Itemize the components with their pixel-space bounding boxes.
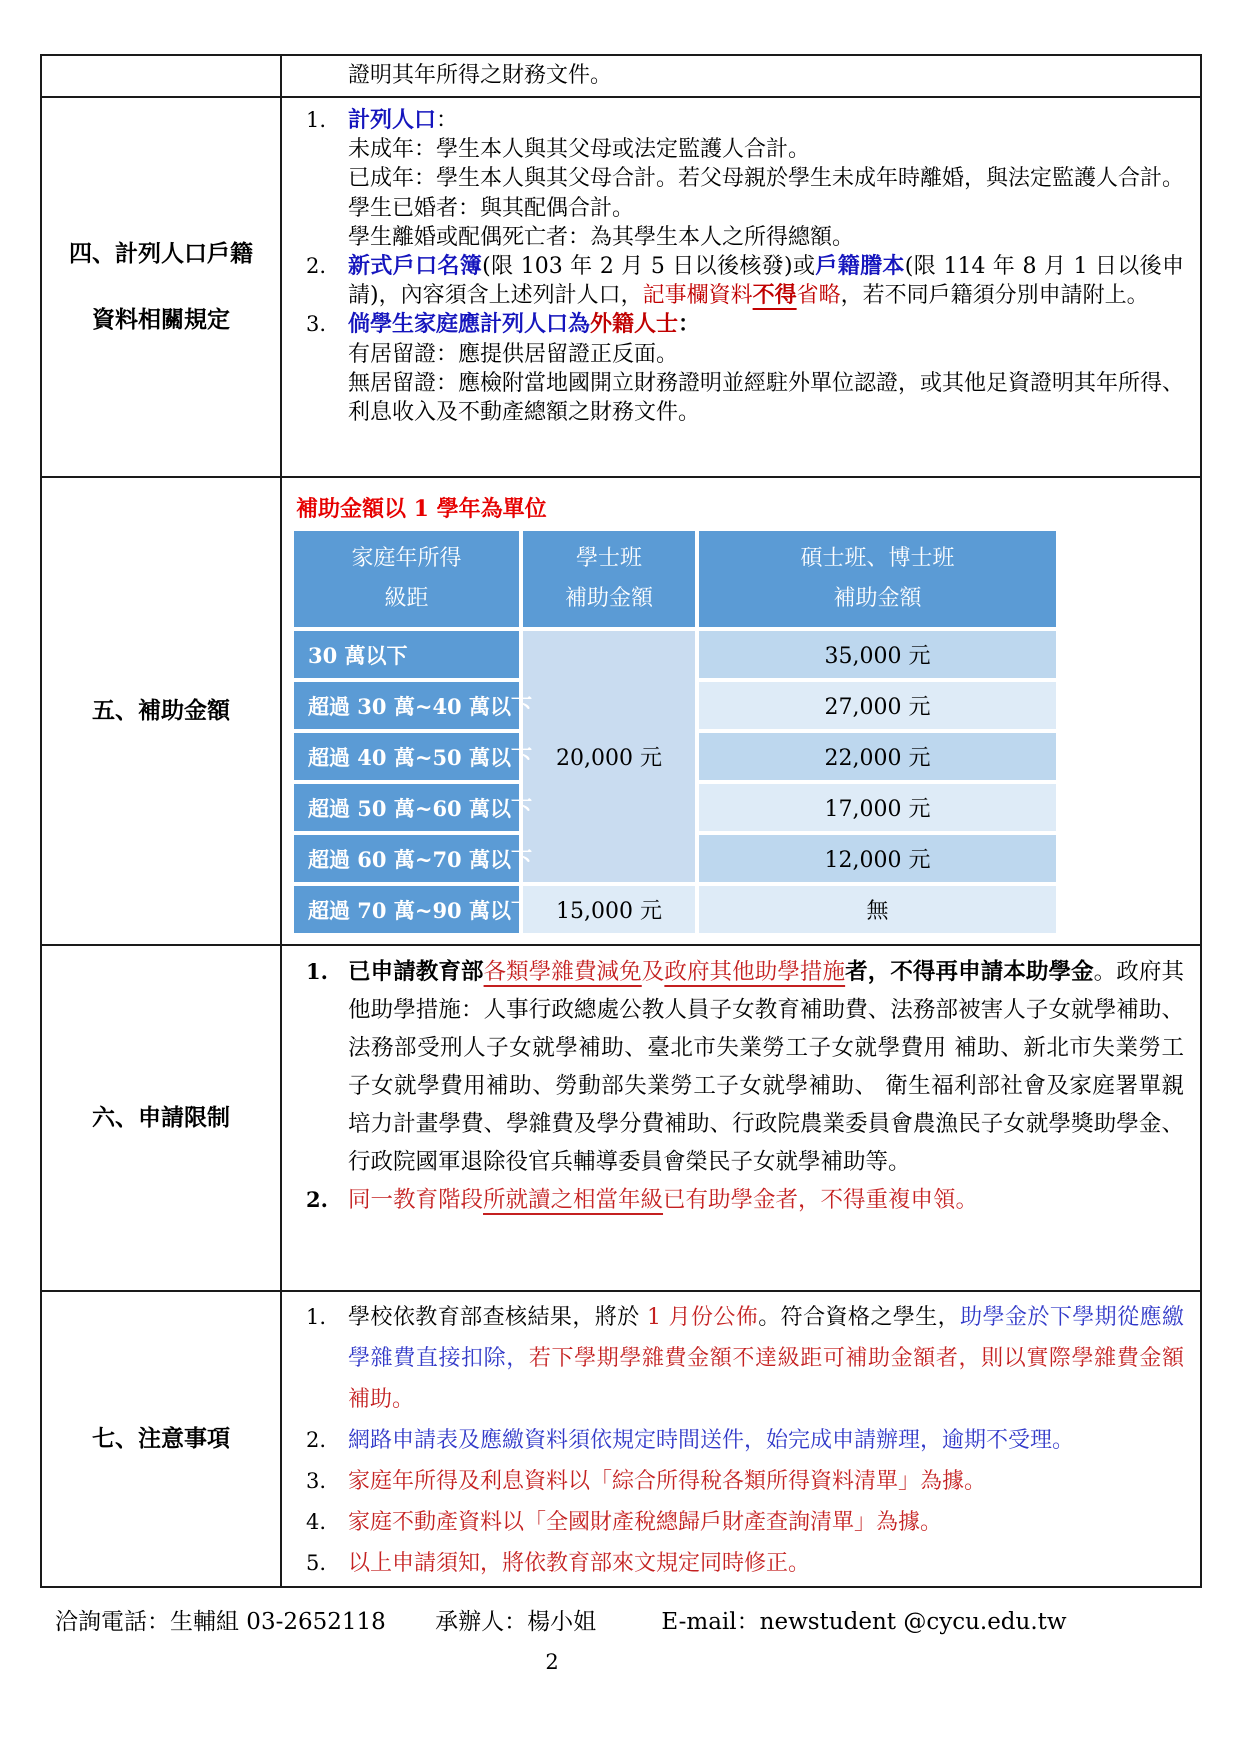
term-gov-aid-measures: 政府其他助學措施 bbox=[664, 959, 845, 985]
restriction-lead: 已申請教育部 bbox=[348, 959, 484, 985]
grad-amount-cell: 12,000 元 bbox=[699, 835, 1056, 882]
section7-label: 七、注意事項 bbox=[42, 1292, 282, 1586]
table-row-section4: 四、計列人口戶籍 資料相關規定 1. 計列人口： 未成年：學生本人與其父母或法定… bbox=[42, 96, 1200, 476]
section4-item1-title: 1. 計列人口： bbox=[302, 106, 1184, 135]
section5-label-line: 五、補助金額 bbox=[92, 696, 230, 726]
header-bachelor: 學士班 補助金額 bbox=[523, 531, 695, 627]
item-number: 3. bbox=[306, 310, 326, 339]
header-text: 級距 bbox=[384, 587, 428, 611]
bracket-cell: 30 萬以下 bbox=[294, 631, 519, 678]
grad-amount-cell: 22,000 元 bbox=[699, 733, 1056, 780]
term-tuition-waivers: 各類學雜費減免 bbox=[484, 959, 642, 985]
amendment-note: 以上申請須知，將依教育部來文規定同時修正。 bbox=[348, 1551, 810, 1576]
grad-amount-cell: 無 bbox=[699, 886, 1056, 933]
colon: ： bbox=[436, 108, 458, 133]
item-number: 1. bbox=[306, 953, 328, 991]
restriction-consequence: 者，不得再申請本助學金 bbox=[845, 959, 1094, 985]
announce-month: 1 月份公佈 bbox=[647, 1305, 758, 1330]
header-graduate: 碩士班、博士班 補助金額 bbox=[699, 531, 1056, 627]
grant-amount-table: 家庭年所得 級距 學士班 補助金額 碩士班、博士班 補助金額 30 萬以下 20… bbox=[294, 531, 1184, 933]
bachelor-amount-cell: 15,000 元 bbox=[523, 886, 695, 933]
section7-item5: 5. 以上申請須知，將依教育部來文規定同時修正。 bbox=[302, 1543, 1184, 1584]
grant-unit-note: 補助金額以 1 學年為單位 bbox=[296, 492, 1184, 523]
header-text: 家庭年所得 bbox=[351, 547, 461, 571]
item-number: 1. bbox=[306, 106, 326, 135]
table-row-section7: 七、注意事項 1. 學校依教育部查核結果，將於 1 月份公佈。符合資格之學生，助… bbox=[42, 1290, 1200, 1586]
term-foreign-national: 外籍人士 bbox=[590, 311, 678, 337]
carryover-text: 證明其年所得之財務文件。 bbox=[302, 61, 1184, 91]
bracket-cell: 超過 50 萬~60 萬以下 bbox=[294, 784, 519, 831]
duplicate-claim-rule: 已有助學金者，不得重複申領。 bbox=[663, 1187, 978, 1213]
bachelor-merged-cell: 20,000 元 bbox=[523, 631, 695, 882]
section4-item1-minor-rule: 未成年：學生本人與其父母或法定監護人合計。 bbox=[302, 135, 1184, 164]
section4-item1-adult-rule: 已成年：學生本人與其父母合計。若父母親於學生未成年時離婚，與法定監護人合計。 bbox=[302, 164, 1184, 193]
carryover-cell: 證明其年所得之財務文件。 bbox=[282, 56, 1200, 96]
contact-person: 承辦人：楊小姐 bbox=[435, 1609, 596, 1635]
section6-item2: 2. 同一教育階段所就讀之相當年級已有助學金者，不得重複申領。 bbox=[302, 1181, 1184, 1219]
header-text: 碩士班、博士班 bbox=[800, 547, 954, 571]
item-number: 3. bbox=[306, 1461, 326, 1502]
bracket-cell: 超過 40 萬~50 萬以下 bbox=[294, 733, 519, 780]
gov-aid-list: 。政府其他助學措施：人事行政總處公教人員子女教育補助費、法務部被害人子女就學補助… bbox=[348, 959, 1184, 1175]
text-run: ，若不同戶籍須分別申請附上。 bbox=[841, 283, 1149, 308]
document-page: 證明其年所得之財務文件。 四、計列人口戶籍 資料相關規定 1. 計列人口： 未成… bbox=[0, 0, 1241, 1755]
header-income-bracket: 家庭年所得 級距 bbox=[294, 531, 519, 627]
announce-lead: 學校依教育部查核結果，將於 bbox=[348, 1305, 647, 1330]
term-family-counted: 倘學生家庭應計列人口為 bbox=[348, 311, 590, 337]
section5-label: 五、補助金額 bbox=[42, 478, 282, 944]
section7-item2: 2. 網路申請表及應繳資料須依規定時間送件，始完成申請辦理，逾期不受理。 bbox=[302, 1420, 1184, 1461]
header-text: 學士班 bbox=[576, 547, 642, 571]
item-number: 2. bbox=[306, 1181, 328, 1219]
section6-content: 1. 已申請教育部各類學雜費減免及政府其他助學措施者，不得再申請本助學金。政府其… bbox=[282, 946, 1200, 1290]
contact-footer: 洽詢電話：生輔組 03-2652118 承辦人：楊小姐 E-mail：newst… bbox=[55, 1603, 1067, 1636]
section4-label-line2: 資料相關規定 bbox=[92, 305, 230, 335]
table-row-section6: 六、申請限制 1. 已申請教育部各類學雜費減免及政府其他助學措施者，不得再申請本… bbox=[42, 944, 1200, 1290]
section4-item3-with-arc: 有居留證：應提供居留證正反面。 bbox=[302, 340, 1184, 369]
section4-content: 1. 計列人口： 未成年：學生本人與其父母或法定監護人合計。 已成年：學生本人與… bbox=[282, 98, 1200, 476]
rules-table: 證明其年所得之財務文件。 四、計列人口戶籍 資料相關規定 1. 計列人口： 未成… bbox=[40, 54, 1202, 1588]
grad-amount-cell: 27,000 元 bbox=[699, 682, 1056, 729]
colon: ： bbox=[678, 311, 700, 337]
online-application-rule: 網路申請表及應繳資料須依規定時間送件，始完成申請辦理，逾期不受理。 bbox=[348, 1428, 1074, 1453]
grad-amount-cell: 35,000 元 bbox=[699, 631, 1056, 678]
section7-label-line: 七、注意事項 bbox=[92, 1424, 230, 1454]
section4-item3-title: 3. 倘學生家庭應計列人口為外籍人士： bbox=[302, 310, 1184, 339]
warning-notes-column: 記事欄資料 bbox=[643, 283, 753, 308]
section6-label: 六、申請限制 bbox=[42, 946, 282, 1290]
table-row-carryover: 證明其年所得之財務文件。 bbox=[42, 56, 1200, 96]
section6-item1: 1. 已申請教育部各類學雜費減免及政府其他助學措施者，不得再申請本助學金。政府其… bbox=[302, 953, 1184, 1181]
page-number: 2 bbox=[0, 1650, 1104, 1674]
duplicate-claim-lead: 同一教育階段 bbox=[348, 1187, 483, 1213]
item-number: 2. bbox=[306, 252, 326, 281]
section4-item1-divorced-rule: 學生離婚或配偶死亡者：為其學生本人之所得總額。 bbox=[302, 223, 1184, 252]
bracket-cell: 超過 70 萬~90 萬以下 bbox=[294, 886, 519, 933]
section7-item3: 3. 家庭年所得及利息資料以「綜合所得稅各類所得資料清單」為據。 bbox=[302, 1461, 1184, 1502]
header-text: 補助金額 bbox=[565, 587, 653, 611]
section7-content: 1. 學校依教育部查核結果，將於 1 月份公佈。符合資格之學生，助學金於下學期從… bbox=[282, 1292, 1200, 1586]
row-label-empty bbox=[42, 56, 282, 96]
header-text: 補助金額 bbox=[833, 587, 921, 611]
section4-item2: 2. 新式戶口名簿(限 103 年 2 月 5 日以後核發)或戶籍謄本(限 11… bbox=[302, 252, 1184, 310]
duplicate-claim-grade: 所就讀之相當年級 bbox=[483, 1187, 663, 1213]
section7-item1: 1. 學校依教育部查核結果，將於 1 月份公佈。符合資格之學生，助學金於下學期從… bbox=[302, 1297, 1184, 1420]
section6-label-line: 六、申請限制 bbox=[92, 1103, 230, 1133]
income-data-source: 家庭年所得及利息資料以「綜合所得稅各類所得資料清單」為據。 bbox=[348, 1469, 986, 1494]
bracket-cell: 超過 30 萬~40 萬以下 bbox=[294, 682, 519, 729]
section4-item3-without-arc: 無居留證：應檢附當地國開立財務證明並經駐外單位認證，或其他足資證明其年所得、利息… bbox=[302, 369, 1184, 427]
term-household-transcript: 戶籍謄本 bbox=[815, 253, 904, 279]
section7-item4: 4. 家庭不動產資料以「全國財產稅總歸戶財產查詢清單」為據。 bbox=[302, 1502, 1184, 1543]
term-counted-persons: 計列人口 bbox=[348, 107, 436, 133]
text-run: (限 103 年 2 月 5 日以後核發)或 bbox=[482, 254, 815, 279]
item-number: 2. bbox=[306, 1420, 326, 1461]
item-number: 1. bbox=[306, 1297, 326, 1338]
item-number: 5. bbox=[306, 1543, 326, 1584]
grad-amount-cell: 17,000 元 bbox=[699, 784, 1056, 831]
table-row-section5: 五、補助金額 補助金額以 1 學年為單位 家庭年所得 級距 學士班 補助金額 碩… bbox=[42, 476, 1200, 944]
bracket-cell: 超過 60 萬~70 萬以下 bbox=[294, 835, 519, 882]
section5-content: 補助金額以 1 學年為單位 家庭年所得 級距 學士班 補助金額 碩士班、博士班 … bbox=[282, 478, 1200, 944]
warning-must-not: 不得 bbox=[753, 282, 797, 308]
property-data-source: 家庭不動產資料以「全國財產稅總歸戶財產查詢清單」為據。 bbox=[348, 1510, 942, 1535]
section4-item1-married-rule: 學生已婚者：與其配偶合計。 bbox=[302, 194, 1184, 223]
section4-label: 四、計列人口戶籍 資料相關規定 bbox=[42, 98, 282, 476]
warning-omit: 省略 bbox=[797, 283, 841, 308]
contact-email: E-mail：newstudent @cycu.edu.tw bbox=[661, 1609, 1066, 1635]
section4-label-line1: 四、計列人口戶籍 bbox=[69, 239, 253, 269]
term-household-register: 新式戶口名簿 bbox=[348, 253, 482, 279]
announce-mid: 。符合資格之學生， bbox=[758, 1305, 960, 1330]
conjunction-and: 及 bbox=[642, 959, 665, 985]
contact-phone: 洽詢電話：生輔組 03-2652118 bbox=[55, 1609, 386, 1635]
item-number: 4. bbox=[306, 1502, 326, 1543]
